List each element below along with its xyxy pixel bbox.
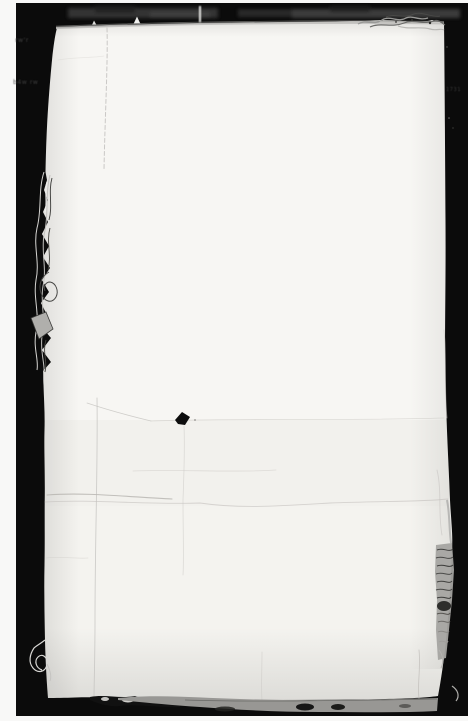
right-margin-annotation: 1731	[446, 87, 461, 93]
left-margin-annotation-upper: rw'r	[15, 37, 29, 44]
scanned-document: rw'r b4w rw 1731	[0, 0, 468, 721]
left-margin-annotation-lower: b4w rw	[13, 79, 38, 86]
scan-viewport: rw'r b4w rw 1731	[0, 0, 468, 721]
